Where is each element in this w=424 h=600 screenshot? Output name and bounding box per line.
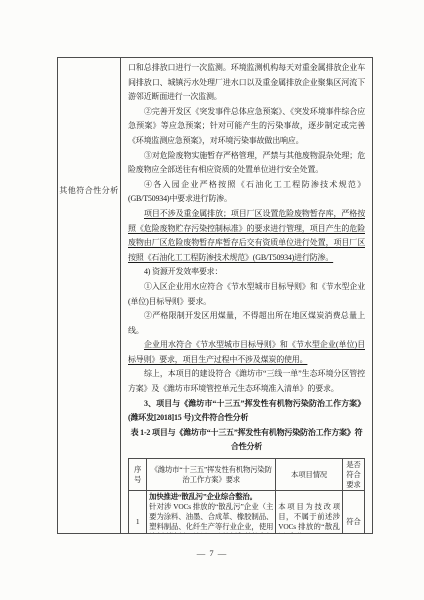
page-number: — 7 — <box>0 548 424 558</box>
paragraph: ①入区企业用水应符合《节水型城市目标导则》和《节水型企业(单位)目标导则》要求。 <box>128 280 365 309</box>
compliance-analysis-table: 其他符合性分析 口和总排放口进行一次监测。环境监测机构每天对重金属排放企业车间排… <box>57 57 373 534</box>
requirement-cell: 加快推进“散乱污”企业综合整治。针对涉 VOCs 排放的“散乱污”企业（主要为涂… <box>147 491 276 533</box>
inner-table-clip: 序号《潍坊市“十三五”挥发性有机物污染防治工作方案》要求本项目情况是否符合要求 … <box>128 458 365 533</box>
inner-table-head: 序号《潍坊市“十三五”挥发性有机物污染防治工作方案》要求本项目情况是否符合要求 <box>129 459 365 491</box>
paragraph: 3、项目与《潍坊市“十三五”挥发性有机物污染防治工作方案》(潍环发[2018]1… <box>128 397 365 426</box>
table-row: 1加快推进“散乱污”企业综合整治。针对涉 VOCs 排放的“散乱污”企业（主要为… <box>129 491 365 533</box>
inner-table-header-row: 序号《潍坊市“十三五”挥发性有机物污染防治工作方案》要求本项目情况是否符合要求 <box>129 459 365 491</box>
column-header: 《潍坊市“十三五”挥发性有机物污染防治工作方案》要求 <box>147 459 276 491</box>
content-cell: 口和总排放口进行一次监测。环境监测机构每天对重金属排放企业车间排放口、城镇污水处… <box>121 58 372 533</box>
paragraph: 企业用水符合《节水型城市目标导则》和《节水型企业(单位)目标导则》要求，项目生产… <box>128 338 365 367</box>
voc-compliance-table: 序号《潍坊市“十三五”挥发性有机物污染防治工作方案》要求本项目情况是否符合要求 … <box>128 458 365 533</box>
requirement-heading: 加快推进“散乱污”企业综合整治。 <box>149 492 273 502</box>
paragraph: 项目不涉及重金属排放；项目厂区设置危险废物暂存库，严格按照《危险废物贮存污染控制… <box>128 207 365 265</box>
requirement-text: 针对涉 VOCs 排放的“散乱污”企业（主要为涂料、油墨、合成革、橡胶制品、塑料… <box>149 502 273 533</box>
paragraph: ④各入园企业严格按照《石油化工工程防渗技术规范》(GB/T50934)中要求进行… <box>128 178 365 207</box>
paragraph: 综上，本项目的建设符合《潍坊市“三线一单”生态环境分区管控方案》及《潍坊市环境管… <box>128 367 365 396</box>
paragraph: 口和总排放口进行一次监测。环境监测机构每天对重金属排放企业车间排放口、城镇污水处… <box>128 61 365 105</box>
paragraph: ③对危险废物实施暂存严格管理，严禁与其他废物混杂处理；危险废物应全部送往有相应资… <box>128 149 365 178</box>
paragraph: ②完善开发区《突发事件总体应急预案》、《突发环境事件综合应急预案》等应急预案；针… <box>128 105 365 149</box>
paragraph: ②严格限制开发区用煤量，不得超出所在地区煤炭消费总量上线。 <box>128 309 365 338</box>
section-label: 其他符合性分析 <box>59 186 119 195</box>
paragraph-area: 口和总排放口进行一次监测。环境监测机构每天对重金属排放企业车间排放口、城镇污水处… <box>128 61 365 455</box>
column-header: 本项目情况 <box>276 459 343 491</box>
row-number-cell: 1 <box>129 491 147 533</box>
compliant-cell: 符合 <box>342 491 364 533</box>
paragraph: 4) 资源开发效率要求： <box>128 265 365 280</box>
inner-table-body: 1加快推进“散乱污”企业综合整治。针对涉 VOCs 排放的“散乱污”企业（主要为… <box>129 491 365 533</box>
row-header-cell: 其他符合性分析 <box>58 58 121 533</box>
paragraph: 表 1-2 项目与《潍坊市“十三五”挥发性有机物污染防治工作方案》符合性分析 <box>128 426 365 455</box>
project-status-cell: 本项目为技改项目，不属于前述涉 VOCs 排放的“散乱污”企业 <box>276 491 343 533</box>
document-page: 其他符合性分析 口和总排放口进行一次监测。环境监测机构每天对重金属排放企业车间排… <box>0 0 424 600</box>
column-header: 序号 <box>129 459 147 491</box>
column-header: 是否符合要求 <box>342 459 364 491</box>
